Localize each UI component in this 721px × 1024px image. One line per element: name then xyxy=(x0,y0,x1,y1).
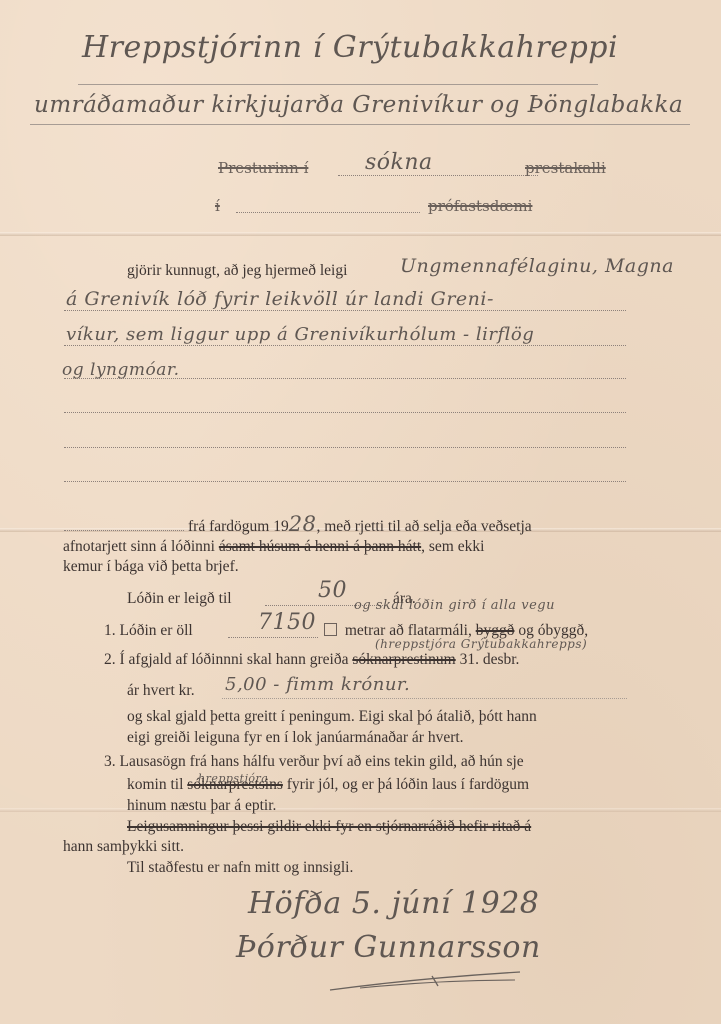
lease-term-value: 50 xyxy=(318,578,347,603)
item2-struck: sóknarprestinum xyxy=(352,651,455,668)
area-fill-line xyxy=(228,637,318,638)
item2-prefix: 2. Í afgjald af lóðinnni skal hann greið… xyxy=(104,651,348,668)
from-text: frá fardögum 19 xyxy=(188,518,289,535)
prestakall-struck: prestakalli xyxy=(525,159,606,177)
lease-term-label: Lóðin er leigð til xyxy=(127,590,232,608)
year-handwritten: 28 xyxy=(289,512,317,536)
description-line-3: og lyngmóar. xyxy=(62,360,180,380)
afnot-tail: , sem ekki xyxy=(421,538,484,555)
afnot-text: afnotarjett sinn á lóðinni xyxy=(63,538,215,555)
fill-line-empty xyxy=(64,447,626,448)
item2-amount-prefix: ár hvert kr. xyxy=(127,682,195,700)
header-rule-2 xyxy=(30,124,690,125)
parish-fill-handwritten: sókna xyxy=(365,150,433,175)
item3-text-b: fyrir jól, og er þá lóðin laus í fardögu… xyxy=(287,776,529,793)
item3-text-a: komin til xyxy=(127,776,183,793)
insert-fence-handwritten: og skal lóðin girð í alla vegu xyxy=(354,598,555,613)
approval-line-2: hann samþykki sitt. xyxy=(63,838,184,856)
paper-fold-line xyxy=(0,232,721,236)
afnot-line: afnotarjett sinn á lóðinni ásamt húsum á… xyxy=(63,538,484,556)
payment-line-1: og skal gjald þetta greitt í peningum. E… xyxy=(127,708,537,726)
amount-fill-line xyxy=(222,698,627,699)
payment-line-2: eigi greiði leiguna fyr en í lok janúarm… xyxy=(127,729,464,747)
fill-line xyxy=(64,310,626,311)
header-subtitle-handwritten: umráðamaður kirkjujarða Grenivíkur og Þö… xyxy=(34,92,683,118)
insert-hreppstjora-handwritten: (hreppstjóra Grýtubakkahrepps) xyxy=(375,637,587,651)
lessee-handwritten: Ungmennafélaginu, Magna xyxy=(400,255,674,277)
parish-label-struck: Presturinn í xyxy=(218,159,308,177)
intro-printed: gjörir kunnugt, að jeg hjermeð leigi xyxy=(127,262,347,280)
kemur-line: kemur í bága við þetta brjef. xyxy=(63,558,239,576)
afnot-struck: ásamt húsum á henni á þann hátt xyxy=(219,538,421,555)
signature-flourish-icon xyxy=(320,960,540,1000)
item3-line-1: 3. Lausasögn frá hans hálfu verður því a… xyxy=(104,753,524,771)
profastsdaemi-fill-line xyxy=(236,212,420,213)
item2-line: 2. Í afgjald af lóðinnni skal hann greið… xyxy=(104,651,519,669)
description-line-2: víkur, sem liggur upp á Grenivíkurhólum … xyxy=(66,324,534,345)
approval-struck: Leigusamningur þessi gildir ekki fyr en … xyxy=(127,818,531,836)
item3-struck: sóknarprestsins xyxy=(187,776,283,793)
square-icon xyxy=(324,623,337,636)
item2-suffix: 31. desbr. xyxy=(460,651,520,668)
from-fardogum-line: frá fardögum 1928, með rjetti til að sel… xyxy=(188,512,532,536)
lease-document-page: Hreppstjórinn í Grýtubakkahreppi umráðam… xyxy=(0,0,721,1024)
item3-line-3: hinum næstu þar á eptir. xyxy=(127,797,276,815)
parish-fill-line xyxy=(338,175,538,176)
signature-place-date: Höfða 5. júní 1928 xyxy=(248,886,539,921)
header-title-handwritten: Hreppstjórinn í Grýtubakkahreppi xyxy=(82,30,618,65)
profastsdaemi-struck: prófastsdæmi xyxy=(428,197,532,215)
rights-text: , með rjetti til að selja eða veðsetja xyxy=(316,518,531,535)
amount-handwritten: 5,00 - fimm krónur. xyxy=(225,674,410,695)
description-line-1: á Grenivík lóð fyrir leikvöll úr landi G… xyxy=(66,288,494,310)
paper-fold-line xyxy=(0,808,721,812)
area-value: 7150 xyxy=(258,610,316,635)
header-rule-1 xyxy=(78,84,598,85)
fill-line-empty xyxy=(64,481,626,482)
item3-line-2: komin til sóknarprestsins fyrir jól, og … xyxy=(127,776,529,794)
fill-line xyxy=(64,530,184,531)
i-struck: í xyxy=(215,197,220,215)
fill-line-empty xyxy=(64,412,626,413)
fill-line xyxy=(64,345,626,346)
confirmation-line: Til staðfestu er nafn mitt og innsigli. xyxy=(127,859,353,877)
item1-prefix: 1. Lóðin er öll xyxy=(104,622,193,640)
